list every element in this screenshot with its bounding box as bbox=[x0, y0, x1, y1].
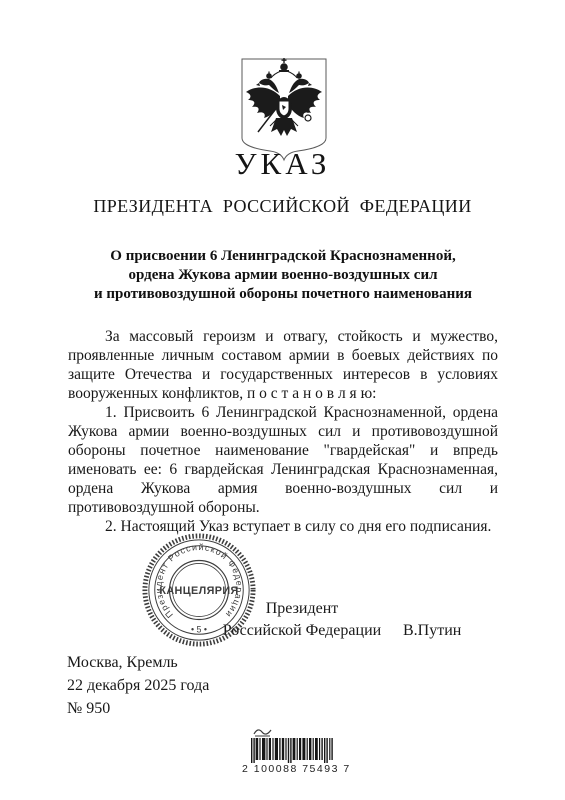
stamp-ring-text: Президент Российской Федерации bbox=[154, 542, 245, 620]
decree-page: УКАЗ ПРЕЗИДЕНТА РОССИЙСКОЙ ФЕДЕРАЦИИ О п… bbox=[0, 0, 565, 800]
decree-paragraph: 1. Присвоить 6 Ленинградской Краснознаме… bbox=[68, 403, 498, 517]
decree-number: № 950 bbox=[67, 697, 209, 720]
decree-body: За массовый героизм и отвагу, стойкость … bbox=[68, 327, 498, 536]
signing-date: 22 декабря 2025 года bbox=[67, 674, 209, 697]
document-type-heading: УКАЗ bbox=[0, 146, 565, 182]
barcode-icon bbox=[251, 738, 333, 763]
decree-title-line: и противовоздушной обороны почетного наи… bbox=[68, 285, 498, 304]
decree-title-line: О присвоении 6 Ленинградской Краснознаме… bbox=[68, 247, 498, 266]
stamp-center-text: КАНЦЕЛЯРИЯ bbox=[159, 585, 238, 597]
issuing-authority-heading: ПРЕЗИДЕНТА РОССИЙСКОЙ ФЕДЕРАЦИИ bbox=[0, 196, 565, 217]
stamp-bottom-text: • 5 • bbox=[191, 624, 207, 634]
decree-footer: Москва, Кремль 22 декабря 2025 года № 95… bbox=[67, 651, 209, 720]
decree-title-line: ордена Жукова армии военно-воздушных сил bbox=[68, 266, 498, 285]
signing-place: Москва, Кремль bbox=[67, 651, 209, 674]
chancellery-stamp-icon: Президент Российской Федерации • 5 • КАН… bbox=[140, 531, 258, 649]
decree-paragraph: 2. Настоящий Указ вступает в силу со дня… bbox=[68, 517, 498, 536]
barcode-digits: 2 100088 75493 7 bbox=[242, 763, 342, 775]
signer-name: В.Путин bbox=[403, 620, 461, 642]
decree-paragraph: За массовый героизм и отвагу, стойкость … bbox=[68, 327, 498, 403]
handwritten-mark-icon bbox=[252, 726, 276, 738]
decree-title: О присвоении 6 Ленинградской Краснознаме… bbox=[68, 247, 498, 304]
barcode-block: 2 100088 75493 7 bbox=[242, 726, 342, 775]
svg-text:Президент Российской Федерации: Президент Российской Федерации bbox=[154, 542, 245, 620]
